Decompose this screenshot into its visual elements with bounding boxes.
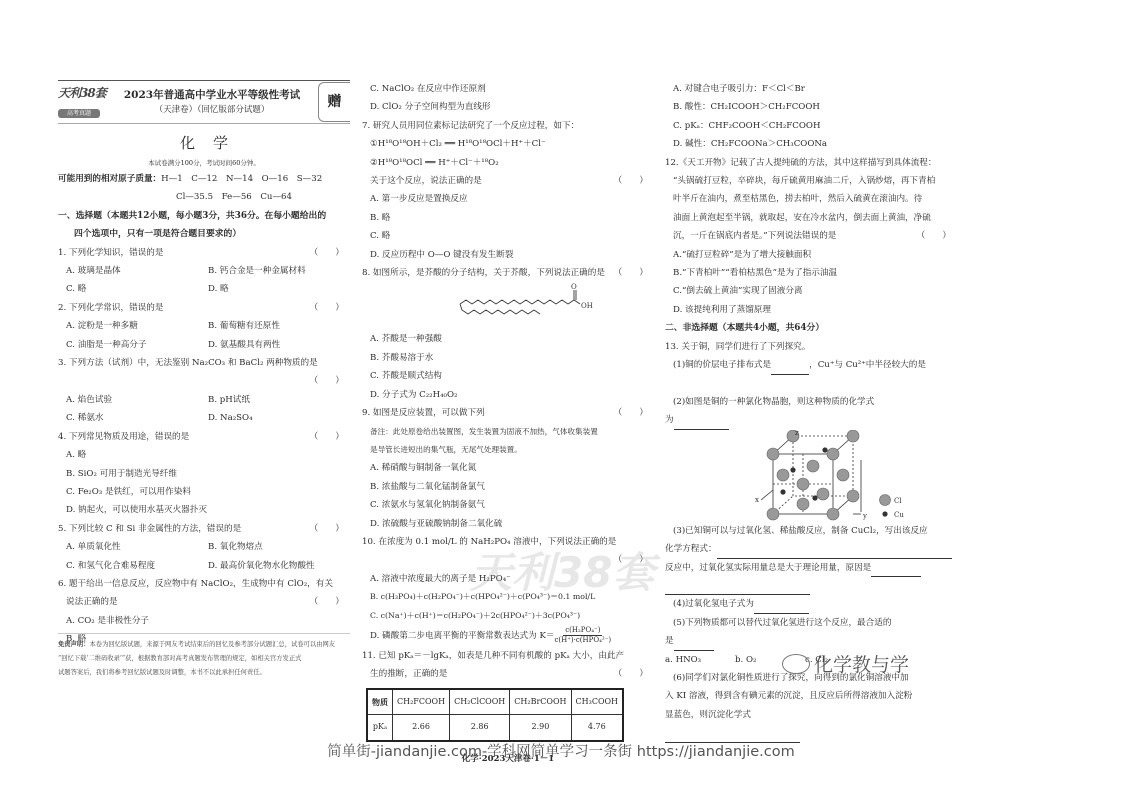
answer-blank[interactable]: [771, 363, 809, 375]
q2-option-a: A. 淀粉是一种多糖: [66, 317, 208, 335]
q12-stem-line: 沉，一斤在锅底内者是。”下列说法错误的是: [673, 231, 836, 241]
disclaimer-line2: “回忆下载‘二维码收录’”获，根据教育部对高考真题发布管理的规定，如相关官方发正…: [58, 652, 350, 666]
logo-text: 天利38套: [58, 84, 106, 102]
erucic-acid-structure: O OH: [362, 282, 654, 330]
q1-stem: 1. 下列化学知识，错误的是: [58, 248, 163, 258]
q11-option-b: B. 酸性：CH₂ICOOH＞CH₂FCOOH: [665, 98, 957, 116]
q12-option-b: B.“下青柏叶”“看柏枯黑色”是为了指示油温: [665, 264, 957, 282]
q9-option-a: A. 稀硝酸与铜制备一氧化氮: [362, 459, 654, 477]
answer-paren: （ ）: [614, 264, 648, 282]
q1-option-c: C. 略: [66, 280, 208, 298]
subject-title: 化学: [58, 130, 350, 156]
crystal-cell-diagram: Cl Cu x y z: [665, 430, 957, 522]
q11-option-c: C. pKₐ：CHF₂COOH＜CH₂FCOOH: [665, 117, 957, 135]
q5-option-b: B. 氧化物熔点: [208, 538, 350, 556]
q10-option-d-text: D. 磷酸第二步电离平衡的平衡常数表达式为 K＝: [370, 627, 554, 645]
exam-page: 天利38套 高考真题 2023年普通高中学业水平等级性考试 （天津卷）（回忆版部…: [0, 0, 1122, 793]
q3-option-d: D. Na₂SO₄: [208, 409, 350, 427]
pka-table: 物质 CH₂FCOOH CH₂ClCOOH CH₂BrCOOH CH₃COOH …: [366, 688, 624, 742]
q11-option-a: A. 对键合电子吸引力：F＜Cl＜Br: [665, 80, 957, 98]
answer-blank[interactable]: [674, 639, 714, 651]
answer-paren: （ ）: [917, 227, 951, 245]
q3-option-a: A. 焰色试验: [66, 391, 208, 409]
question-1: 1. 下列化学知识，错误的是（ ） A. 玻璃是晶体B. 钙合金是一种金属材料 …: [58, 244, 350, 299]
fraction-denominator: c(H⁺)·c(HPO₄²⁻): [554, 636, 611, 645]
q7-option-a: A. 第一步反应是置换反应: [362, 190, 654, 208]
axis-z-label: z: [795, 430, 799, 437]
disclaimer-line3: 试题答案后，我们将参考回忆版试题及时调整，本书不以此承担任何责任。: [58, 666, 350, 680]
q13-part3b: 化学方程式：: [665, 544, 717, 554]
site-footer-link[interactable]: 简单街-jiandanjie.com-学科网简单学习一条街 https://ji…: [0, 740, 1122, 761]
answer-paren: （ ）: [310, 372, 344, 390]
q5-stem: 5. 下列比较 C 和 Si 非金属性的方法，错误的是: [58, 524, 241, 534]
question-13: 13. 关于铜，同学们进行了下列探究。 (1)铜的价层电子排布式是，Cu⁺与 C…: [665, 338, 957, 743]
q13-part6c: 显蓝色，则沉淀化学式: [665, 706, 957, 724]
table-header-cell: CH₂BrCOOH: [510, 689, 571, 715]
atomic-mass-line2: Cl—35.5 Fe—56 Cu—64: [58, 188, 350, 206]
hydroxyl-label: OH: [581, 302, 593, 310]
question-9: 9. 如图是反应装置，可以做下列（ ） 备注：此处原卷给出装置图，发生装置为固液…: [362, 404, 654, 533]
answer-blank[interactable]: [674, 418, 729, 430]
q8-option-d: D. 分子式为 C₂₂H₄₀O₂: [362, 386, 654, 404]
q12-option-d: D. 该提纯利用了蒸馏原理: [665, 301, 957, 319]
question-5: 5. 下列比较 C 和 Si 非金属性的方法，错误的是（ ） A. 单质氧化性B…: [58, 520, 350, 575]
q13-part3c: 反应中，过氧化氢实际用量总是大于理论用量，原因是: [665, 563, 871, 573]
exam-title: 2023年普通高中学业水平等级性考试: [106, 87, 318, 103]
q13-part3: (3)已知铜可以与过氧化氢、稀盐酸反应，制备 CuCl₂，写出该反应: [665, 522, 957, 540]
q11-stem-2: 生的推断，正确的是: [370, 669, 447, 679]
q13-part5: (5)下列物质都可以替代过氧化氢进行这个反应，最合适的: [665, 614, 957, 632]
logo-badge: 高考真题: [58, 109, 100, 118]
q13-part2: (2)如图是铜的一种氯化物晶胞，则这种物质的化学式: [665, 393, 957, 411]
exam-info: 本试卷满分100分，考试时间60分钟。: [58, 156, 350, 170]
table-cell: 2.66: [393, 715, 450, 741]
q4-option-a: A. 略: [58, 446, 350, 464]
q6-option-a: A. CO₂ 是非极性分子: [58, 612, 350, 630]
atomic-mass-line1: H—1 C—12 N—14 O—16 S—32: [161, 174, 322, 184]
table-cell: 2.90: [510, 715, 571, 741]
q7-ask: 关于这个反应，说法正确的是: [370, 176, 482, 186]
answer-paren: （ ）: [310, 593, 344, 611]
q8-option-b: B. 芥酸易溶于水: [362, 349, 654, 367]
q1-option-b: B. 钙合金是一种金属材料: [208, 262, 350, 280]
q12-stem-line: 油面上黄泡起至半锅，就取起，安在冷水盆内，倒去面上黄油，净硫: [665, 209, 957, 227]
axis-x-label: x: [755, 496, 759, 504]
q12-stem-line: 叶半斤在油内，煮至枯黑色，捞去柏叶，然后入硫黄在滚油内。待: [665, 190, 957, 208]
wechat-watermark-text: 化学教与学: [814, 650, 909, 677]
atomic-mass-label: 可能用到的相对原子质量：: [58, 174, 161, 184]
table-row: pKₐ 2.66 2.86 2.90 4.76: [367, 715, 623, 741]
q6-stem-2: 说法正确的是: [66, 597, 118, 607]
exam-subtitle: （天津卷）（回忆版部分试题）: [106, 103, 318, 117]
q6-stem: 6. 题干给出一信息反应，反应物中有 NaClO₂，生成物中有 ClO₂，有关: [58, 575, 350, 593]
q2-option-b: B. 葡萄糖有还原性: [208, 317, 350, 335]
publisher-logo: 天利38套 高考真题: [58, 84, 106, 120]
q13-part6b: 入 KI 溶液，得到含有碘元素的沉淀，且反应后所得溶液加入淀粉: [665, 687, 957, 705]
answer-blank[interactable]: [754, 602, 809, 614]
question-3: 3. 下列方法（试剂）中，无法鉴别 Na₂CO₃ 和 BaCl₂ 两种物质的是 …: [58, 354, 350, 428]
answer-paren: （ ）: [310, 520, 344, 538]
question-2: 2. 下列化学常识，错误的是（ ） A. 淀粉是一种多糖B. 葡萄糖有还原性 C…: [58, 299, 350, 354]
answer-blank[interactable]: [665, 583, 810, 595]
q12-option-a: A.“硫打豆粒碎”是为了增大接触面积: [665, 246, 957, 264]
q11-option-d: D. 碱性：CH₂FCOONa＞CH₃COONa: [665, 135, 957, 153]
disclaimer-line1: 本卷为回忆版试题，来源于网友考试结束后的回忆及参考部分试题汇总，试卷可以由网友: [89, 641, 335, 648]
q7-stem: 7. 研究人员用同位素标记法研究了一个反应过程，如下：: [362, 117, 654, 135]
section1-heading: 一、选择题（本题共12小题，每小题3分，共36分。在每小题给出的: [58, 207, 350, 225]
q10-fraction: c(H₂PO₄⁻) c(H⁺)·c(HPO₄²⁻): [554, 626, 611, 645]
answer-blank[interactable]: [871, 565, 921, 577]
q12-option-c: C.“倒去硫上黄油”实现了固液分离: [665, 282, 957, 300]
question-7: 7. 研究人员用同位素标记法研究了一个反应过程，如下： ①H¹⁸O¹⁸OH＋Cl…: [362, 117, 654, 264]
q5-option-a: A. 单质氧化性: [66, 538, 208, 556]
q10-option-c: C. c(Na⁺)＋c(H⁺)＝c(H₂PO₄⁻)＋2c(HPO₄²⁻)＋3c(…: [362, 607, 654, 625]
q9-note-2: 是导管长进短出的集气瓶，无尾气处理装置。: [362, 441, 654, 459]
q7-equation-2: ②H¹⁸O¹⁸OCl ══ H⁺＋Cl⁻＋¹⁸O₂: [362, 154, 654, 172]
table-header-cell: CH₂ClCOOH: [450, 689, 510, 715]
answer-blank[interactable]: [717, 547, 952, 559]
column-1: 天利38套 高考真题 2023年普通高中学业水平等级性考试 （天津卷）（回忆版部…: [58, 80, 350, 649]
column-3: A. 对键合电子吸引力：F＜Cl＜Br B. 酸性：CH₂ICOOH＞CH₂FC…: [665, 80, 957, 743]
q12-stem-line: “头锅硫打豆粒，卒碎块，每斤硫黄用麻油二斤，入锅炒熔，再下青柏: [665, 172, 957, 190]
q3-option-b: B. pH试纸: [208, 391, 350, 409]
q9-option-b: B. 浓盐酸与二氧化锰制备氯气: [362, 478, 654, 496]
section1-heading-2: 四个选项中，只有一项是符合题目要求的）: [58, 225, 350, 243]
column-2: C. NaClO₂ 在反应中作还原剂 D. ClO₂ 分子空间构型为直线形 7.…: [362, 80, 654, 768]
q2-option-d: D. 氨基酸具有两性: [208, 336, 350, 354]
q3-stem: 3. 下列方法（试剂）中，无法鉴别 Na₂CO₃ 和 BaCl₂ 两种物质的是: [58, 354, 350, 372]
q13-part5b: 是: [665, 636, 674, 646]
disclaimer: 免责声明：本卷为回忆版试题，来源于网友考试结束后的回忆及参考部分试题汇总，试卷可…: [58, 633, 350, 680]
q8-option-c: C. 芥酸是顺式结构: [362, 367, 654, 385]
answer-blank[interactable]: [673, 381, 693, 393]
table-header-cell: CH₃COOH: [571, 689, 623, 715]
answer-paren: （ ）: [614, 665, 648, 683]
q7-equation-1: ①H¹⁸O¹⁸OH＋Cl₂ ══ H¹⁸O¹⁸OCl＋H⁺＋Cl⁻: [362, 135, 654, 153]
table-cell: 4.76: [571, 715, 623, 741]
q1-option-d: D. 略: [208, 280, 350, 298]
q3-option-c: C. 稀氨水: [66, 409, 208, 427]
fraction-numerator: c(H₂PO₄⁻): [563, 626, 602, 636]
q12-stem-line: 12.《天工开物》记载了古人提纯硫的方法，其中这样描写到具体流程：: [665, 154, 957, 172]
table-header-cell: 物质: [367, 689, 393, 715]
q4-option-c: C. Fe₂O₃ 是铁红，可以用作染料: [58, 483, 350, 501]
q4-option-d: D. 钠起火，可以使用水基灭火器扑灭: [58, 501, 350, 519]
answer-paren: （ ）: [614, 172, 648, 190]
wechat-watermark: 化学教与学: [782, 650, 909, 677]
q9-option-c: C. 浓氨水与氢氧化钠制备氨气: [362, 496, 654, 514]
q8-option-a: A. 芥酸是一种强酸: [362, 330, 654, 348]
answer-paren: （ ）: [310, 299, 344, 317]
answer-paren: （ ）: [310, 244, 344, 262]
carbonyl-o-label: O: [571, 283, 577, 291]
q13-part1b: ，Cu⁺与 Cu²⁺中半径较大的是: [809, 360, 926, 370]
q8-stem: 8. 如图所示，是芥酸的分子结构，关于芥酸，下列说法正确的是: [362, 268, 605, 278]
q13-stem: 13. 关于铜，同学们进行了下列探究。: [665, 338, 957, 356]
question-4: 4. 下列常见物质及用途，错误的是（ ） A. 略 B. SiO₂ 可用于制造光…: [58, 428, 350, 520]
q5-option-c: C. 和氢气化合难易程度: [66, 557, 208, 575]
legend-cu-label: Cu: [894, 511, 904, 519]
q9-note-1: 备注：此处原卷给出装置图，发生装置为固液不加热，气体收集装置: [362, 423, 654, 441]
q7-option-d: D. 反应历程中 O—O 键没有发生断裂: [362, 246, 654, 264]
q1-option-a: A. 玻璃是晶体: [66, 262, 208, 280]
q6-option-d: D. ClO₂ 分子空间构型为直线形: [362, 98, 654, 116]
option-a: a. HNO₃: [665, 651, 735, 669]
question-8: 8. 如图所示，是芥酸的分子结构，关于芥酸，下列说法正确的是（ ） O OH A…: [362, 264, 654, 404]
q6-option-c: C. NaClO₂ 在反应中作还原剂: [362, 80, 654, 98]
q7-option-c: C. 略: [362, 227, 654, 245]
q10-option-d: D. 磷酸第二步电离平衡的平衡常数表达式为 K＝ c(H₂PO₄⁻) c(H⁺)…: [362, 625, 654, 647]
q11-stem: 11. 已知 pKₐ＝－lgKₐ，如表是几种不同有机酸的 pKₐ 大小，由此产: [362, 647, 654, 665]
q4-option-b: B. SiO₂ 可用于制造光导纤维: [58, 465, 350, 483]
axis-y-label: y: [862, 512, 867, 520]
q2-stem: 2. 下列化学常识，错误的是: [58, 303, 163, 313]
publisher-watermark: 天利38套: [470, 540, 654, 600]
wechat-icon: [782, 654, 810, 674]
q13-part1: (1)铜的价层电子排布式是: [673, 360, 771, 370]
table-cell: 2.86: [450, 715, 510, 741]
q13-part2b: 为: [665, 415, 674, 425]
disclaimer-label: 免责声明：: [58, 641, 89, 648]
section2-heading: 二、非选择题（本题共4小题，共64分）: [665, 319, 957, 337]
exam-header: 天利38套 高考真题 2023年普通高中学业水平等级性考试 （天津卷）（回忆版部…: [58, 80, 350, 124]
q9-option-d: D. 浓硫酸与亚硫酸钠制备二氧化硫: [362, 515, 654, 533]
q5-option-d: D. 最高价氧化物水化物酸性: [208, 557, 350, 575]
answer-paren: （ ）: [614, 404, 648, 422]
table-row-label: pKₐ: [367, 715, 393, 741]
answer-paren: （ ）: [310, 428, 344, 446]
q13-part4: (4)过氧化氢电子式为: [673, 599, 754, 609]
q4-stem: 4. 下列常见物质及用途，错误的是: [58, 432, 189, 442]
q9-stem: 9. 如图是反应装置，可以做下列: [362, 408, 485, 418]
q2-option-c: C. 油脂是一种高分子: [66, 336, 208, 354]
question-12: 12.《天工开物》记载了古人提纯硫的方法，其中这样描写到具体流程： “头锅硫打豆…: [665, 154, 957, 320]
legend-cl-label: Cl: [894, 497, 902, 505]
q7-option-b: B. 略: [362, 209, 654, 227]
gift-mark: 赠: [318, 82, 350, 122]
table-header-cell: CH₂FCOOH: [393, 689, 450, 715]
table-header-row: 物质 CH₂FCOOH CH₂ClCOOH CH₂BrCOOH CH₃COOH: [367, 689, 623, 715]
